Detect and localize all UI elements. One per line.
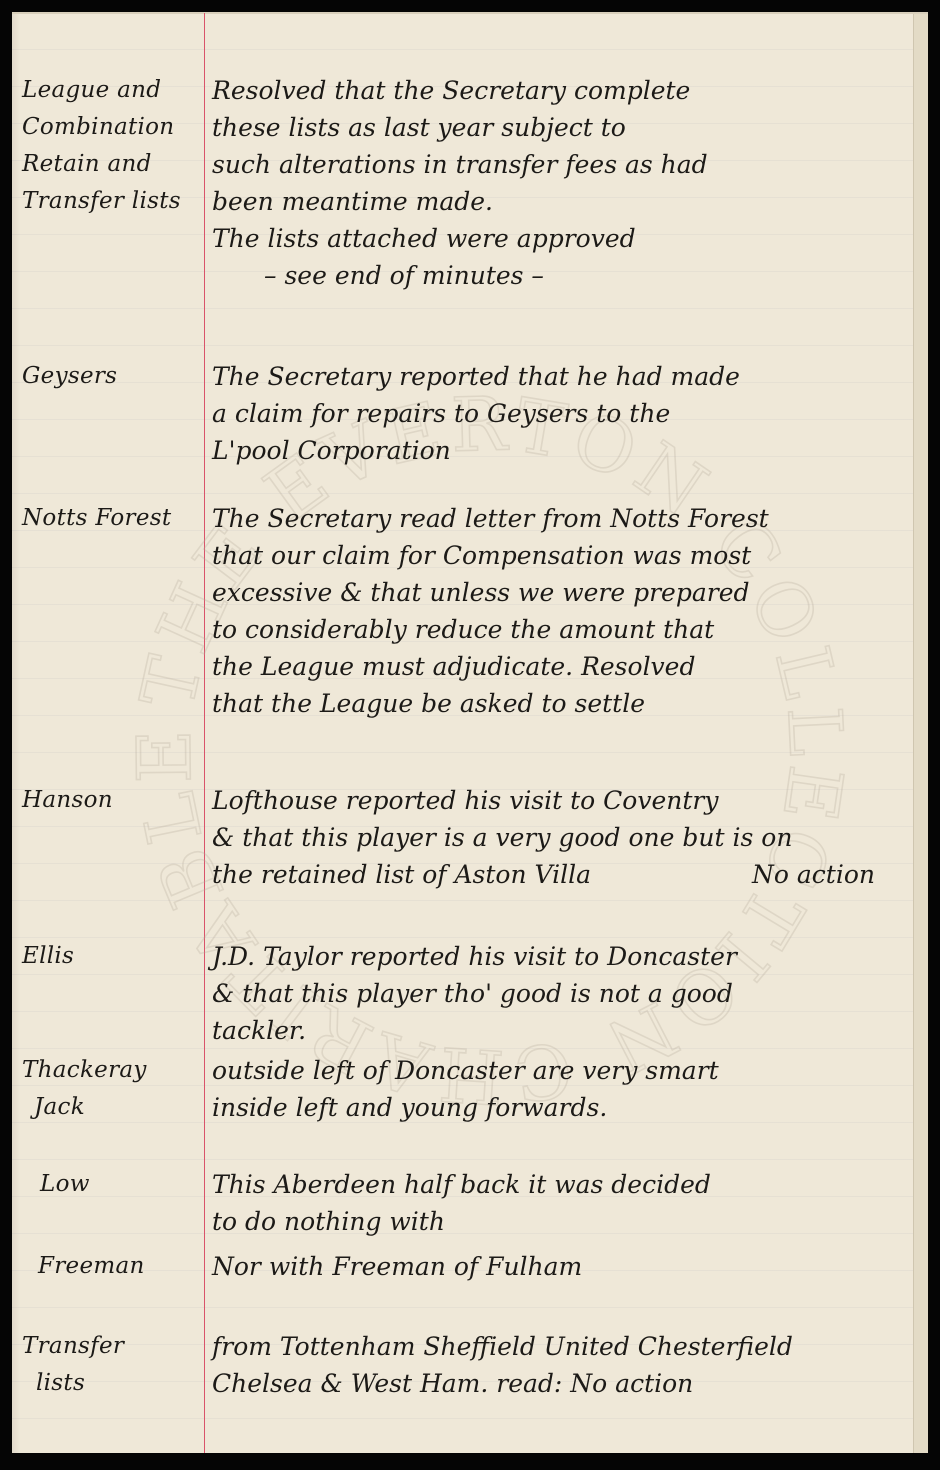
heading-line: Combination <box>22 109 200 146</box>
entry-heading: Transfer lists <box>22 1328 200 1402</box>
heading-line: Geysers <box>22 358 200 395</box>
body-line: excessive & that unless we were prepared <box>212 574 912 611</box>
entry-heading: League and Combination Retain and Transf… <box>22 72 200 220</box>
body-line: This Aberdeen half back it was decided <box>212 1166 912 1203</box>
body-line: Chelsea & West Ham. read: No action <box>212 1365 912 1402</box>
entry-heading: Freeman <box>38 1248 216 1285</box>
heading-line: lists <box>22 1365 200 1402</box>
body-line: such alterations in transfer fees as had <box>212 146 912 183</box>
entry-body: from Tottenham Sheffield United Chesterf… <box>212 1328 912 1402</box>
body-line: – see end of minutes – <box>212 257 912 294</box>
heading-line: Transfer <box>22 1328 200 1365</box>
heading-line: Ellis <box>22 938 200 975</box>
entry-body: Nor with Freeman of Fulham <box>212 1248 912 1285</box>
body-line: & that this player tho' good is not a go… <box>212 975 912 1012</box>
body-line: to considerably reduce the amount that <box>212 611 912 648</box>
body-line: tackler. <box>212 1012 912 1049</box>
body-line: & that this player is a very good one bu… <box>212 819 912 856</box>
body-line: Nor with Freeman of Fulham <box>212 1248 912 1285</box>
heading-line: Transfer lists <box>22 183 200 220</box>
entry-body: The Secretary reported that he had made … <box>212 358 912 469</box>
red-margin-rule <box>204 13 205 1453</box>
body-line: L'pool Corporation <box>212 432 912 469</box>
page-top-edge <box>12 12 928 14</box>
body-line: inside left and young forwards. <box>212 1089 912 1126</box>
entry-heading: Notts Forest <box>22 500 200 537</box>
entry-body: This Aberdeen half back it was decided t… <box>212 1166 912 1240</box>
body-line: Resolved that the Secretary complete <box>212 72 912 109</box>
entry-body: Resolved that the Secretary complete the… <box>212 72 912 294</box>
heading-line: Jack <box>22 1089 200 1126</box>
body-line: The Secretary reported that he had made <box>212 358 912 395</box>
body-line: that our claim for Compensation was most <box>212 537 912 574</box>
entry-body: outside left of Doncaster are very smart… <box>212 1052 912 1126</box>
heading-line: League and <box>22 72 200 109</box>
entry-heading: Geysers <box>22 358 200 395</box>
heading-line: Low <box>40 1166 218 1203</box>
heading-line: Freeman <box>38 1248 216 1285</box>
body-line: these lists as last year subject to <box>212 109 912 146</box>
entry-heading: Hanson <box>22 782 200 819</box>
action-note: No action <box>752 856 875 893</box>
body-line-text: the retained list of Aston Villa <box>212 860 591 889</box>
heading-line: Thackeray <box>22 1052 200 1089</box>
entry-body: J.D. Taylor reported his visit to Doncas… <box>212 938 912 1049</box>
body-line: Lofthouse reported his visit to Coventry <box>212 782 912 819</box>
entry-heading: Low <box>40 1166 218 1203</box>
heading-line: Retain and <box>22 146 200 183</box>
body-line: the League must adjudicate. Resolved <box>212 648 912 685</box>
entry-heading: Thackeray Jack <box>22 1052 200 1126</box>
body-line: The lists attached were approved <box>212 220 912 257</box>
body-line: from Tottenham Sheffield United Chesterf… <box>212 1328 912 1365</box>
body-line: The Secretary read letter from Notts For… <box>212 500 912 537</box>
heading-line: Hanson <box>22 782 200 819</box>
body-line: J.D. Taylor reported his visit to Doncas… <box>212 938 912 975</box>
body-line: the retained list of Aston Villa No acti… <box>212 856 912 893</box>
body-line: a claim for repairs to Geysers to the <box>212 395 912 432</box>
body-line: been meantime made. <box>212 183 912 220</box>
body-line: that the League be asked to settle <box>212 685 912 722</box>
entry-body: Lofthouse reported his visit to Coventry… <box>212 782 912 893</box>
body-line: to do nothing with <box>212 1203 912 1240</box>
entry-body: The Secretary read letter from Notts For… <box>212 500 912 722</box>
entry-heading: Ellis <box>22 938 200 975</box>
heading-line: Notts Forest <box>22 500 200 537</box>
body-line: outside left of Doncaster are very smart <box>212 1052 912 1089</box>
